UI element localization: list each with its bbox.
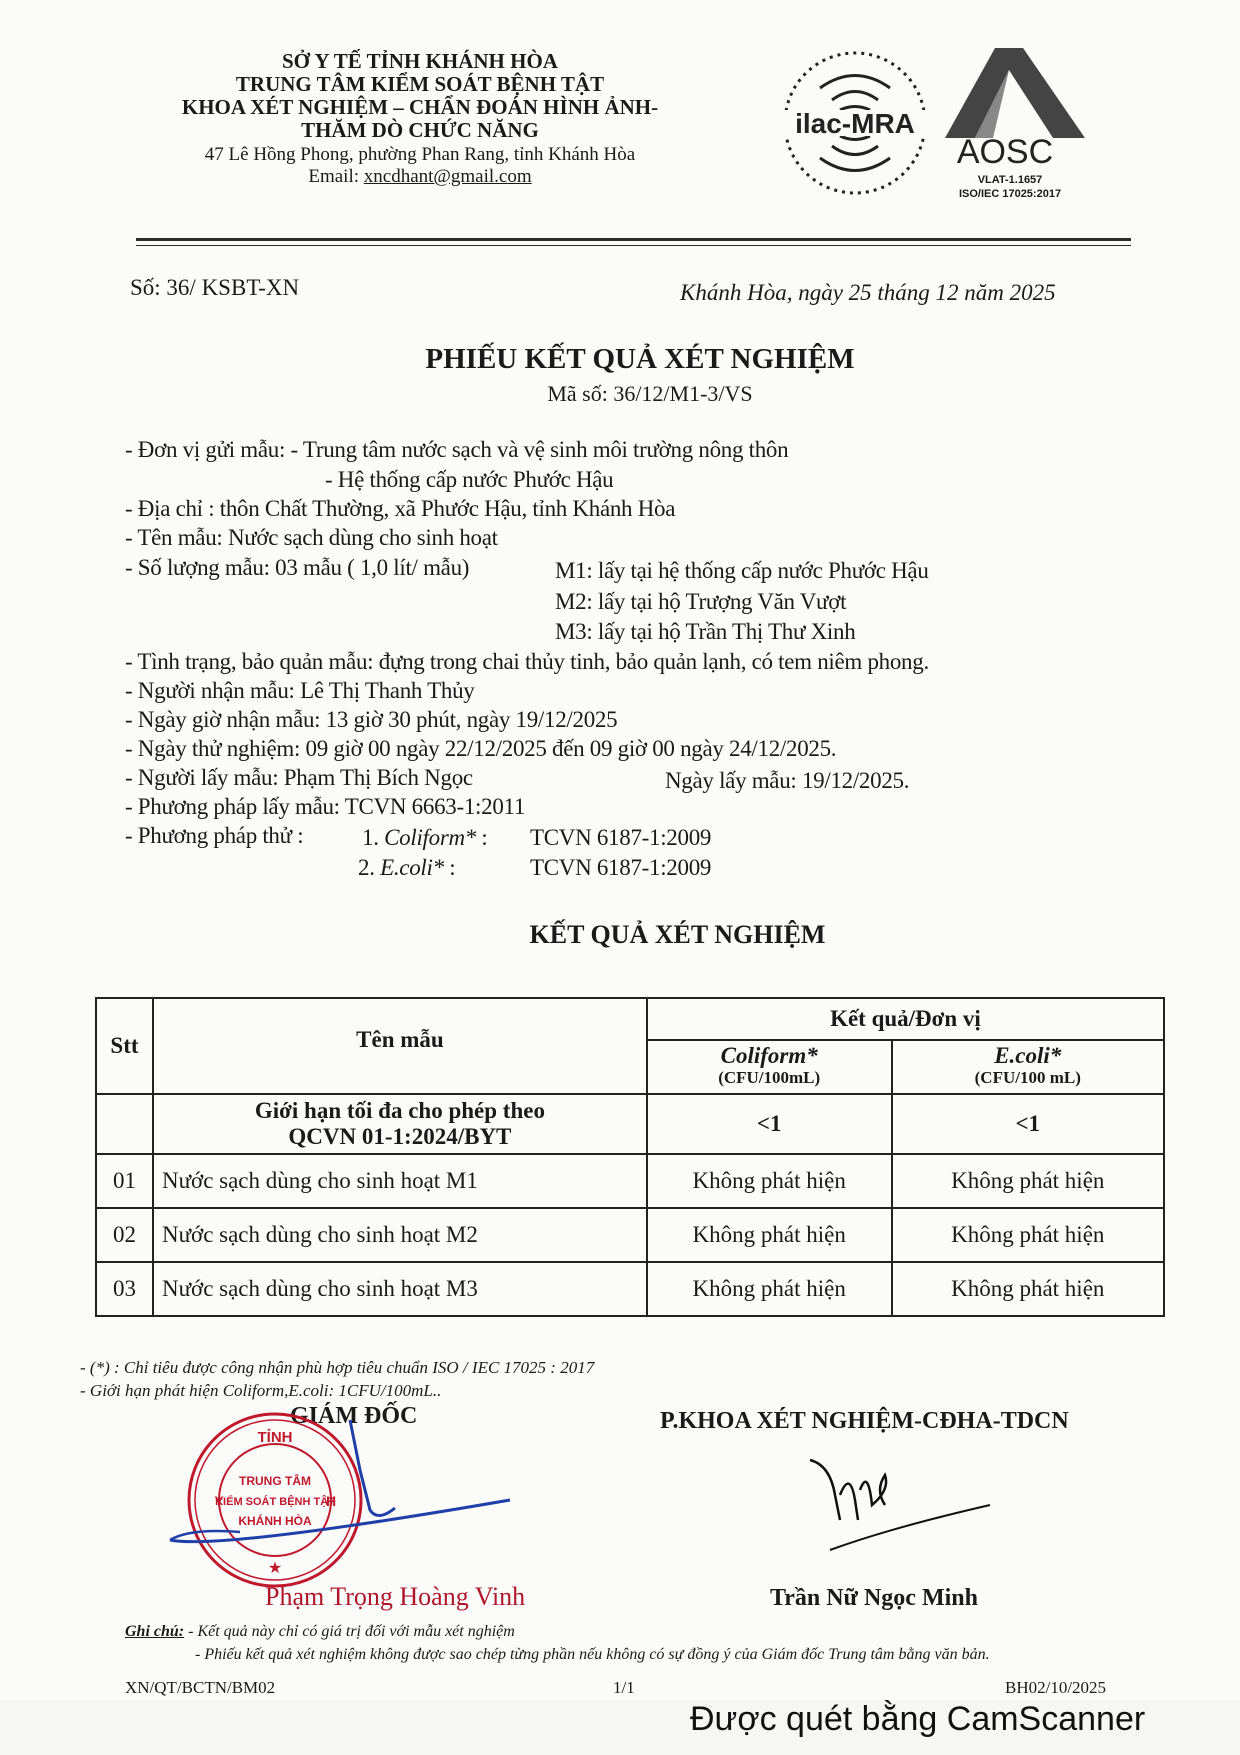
row-stt: 01	[96, 1154, 153, 1208]
col-stt-header: Stt	[96, 998, 153, 1094]
test-date-row: - Ngày thử nghiệm: 09 giờ 00 ngày 22/12/…	[125, 734, 836, 764]
sender-label: - Đơn vị gửi mẫu:	[125, 437, 285, 462]
aosc-code: VLAT-1.1657	[935, 173, 1085, 187]
footnote-accreditation: - (*) : Chỉ tiêu được công nhận phù hợp …	[80, 1358, 594, 1378]
col-ecoli-header: E.coli* (CFU/100 mL)	[892, 1040, 1164, 1094]
results-table: Stt Tên mẫu Kết quả/Đơn vị Coliform* (CF…	[95, 997, 1165, 1317]
sample-name-row: - Tên mẫu: Nước sạch dùng cho sinh hoạt	[125, 523, 498, 553]
document-page: SỞ Y TẾ TỈNH KHÁNH HÒA TRUNG TÂM KIỂM SO…	[0, 0, 1240, 1700]
ecoli-unit: (CFU/100 mL)	[901, 1067, 1155, 1089]
org-address: 47 Lê Hồng Phong, phường Phan Rang, tỉnh…	[150, 144, 690, 166]
row-coliform: Không phát hiện	[647, 1154, 892, 1208]
notes-line-2: - Phiếu kết quả xét nghiệm không được sa…	[195, 1646, 990, 1664]
col-result-header: Kết quả/Đơn vị	[647, 998, 1164, 1040]
org-line-department: KHOA XÉT NGHIỆM – CHẨN ĐOÁN HÌNH ẢNH-	[150, 96, 690, 119]
method-2-index: 2.	[358, 855, 375, 880]
col-coliform-header: Coliform* (CFU/100mL)	[647, 1040, 892, 1094]
report-code: Mã số: 36/12/M1-3/VS	[0, 381, 1240, 407]
limit-coliform: <1	[647, 1094, 892, 1154]
row-coliform: Không phát hiện	[647, 1262, 892, 1316]
sender-line-1: - Trung tâm nước sạch và vệ sinh môi trư…	[291, 437, 789, 462]
row-stt: 03	[96, 1262, 153, 1316]
director-name: Phạm Trọng Hoàng Vinh	[265, 1582, 525, 1612]
condition-row: - Tình trạng, bảo quản mẫu: đựng trong c…	[125, 647, 929, 677]
method-1-name: Coliform*	[384, 825, 476, 850]
sampler-row: - Người lấy mẫu: Phạm Thị Bích Ngọc	[125, 763, 473, 793]
limit-label-cell: Giới hạn tối đa cho phép theo QCVN 01-1:…	[153, 1094, 647, 1154]
coliform-unit: (CFU/100mL)	[656, 1067, 883, 1089]
limit-ecoli: <1	[892, 1094, 1164, 1154]
revision-code: BH02/10/2025	[1005, 1678, 1106, 1698]
ilac-mra-emblem-icon: ilac-MRA	[780, 48, 930, 198]
notes-line-1: Ghi chú: - Kết quả này chỉ có giá trị đố…	[125, 1623, 515, 1641]
svg-text:AOSC: AOSC	[957, 133, 1053, 168]
method-2-sep: :	[444, 855, 456, 880]
form-code: XN/QT/BCTN/BM02	[125, 1678, 275, 1698]
sampling-date: Ngày lấy mẫu: 19/12/2025.	[665, 766, 909, 796]
method-2: 2. E.coli* :	[358, 853, 455, 883]
sampling-method-row: - Phương pháp lấy mẫu: TCVN 6663-1:2011	[125, 792, 525, 822]
lab-head-title: P.KHOA XÉT NGHIỆM-CĐHA-TDCN	[660, 1408, 1069, 1435]
method-2-name: E.coli*	[380, 855, 444, 880]
table-row: 02 Nước sạch dùng cho sinh hoạt M2 Không…	[96, 1208, 1164, 1262]
col-name-header: Tên mẫu	[153, 998, 647, 1094]
row-ecoli: Không phát hiện	[892, 1154, 1164, 1208]
footnote-detection-limit: - Giới hạn phát hiện Coliform,E.coli: 1C…	[80, 1381, 441, 1401]
lab-head-name: Trần Nữ Ngọc Minh	[770, 1585, 978, 1612]
director-signature-icon	[160, 1410, 540, 1570]
test-method-label: - Phương pháp thử :	[125, 821, 303, 851]
page-title: PHIẾU KẾT QUẢ XÉT NGHIỆM	[0, 343, 1240, 376]
table-header-row-1: Stt Tên mẫu Kết quả/Đơn vị	[96, 998, 1164, 1040]
sample-m3: M3: lấy tại hộ Trần Thị Thư Xinh	[555, 617, 855, 647]
aosc-triangle-icon: AOSC	[935, 48, 1085, 168]
method-1: 1. Coliform* :	[362, 823, 488, 853]
org-line-ministry: SỞ Y TẾ TỈNH KHÁNH HÒA	[150, 50, 690, 73]
header-rule-thin	[136, 245, 1131, 246]
org-header: SỞ Y TẾ TỈNH KHÁNH HÒA TRUNG TÂM KIỂM SO…	[150, 50, 690, 188]
quantity-row: - Số lượng mẫu: 03 mẫu ( 1,0 lít/ mẫu)	[125, 553, 469, 583]
org-line-subdepartment: THĂM DÒ CHỨC NĂNG	[150, 119, 690, 142]
received-time-row: - Ngày giờ nhận mẫu: 13 giờ 30 phút, ngà…	[125, 705, 617, 735]
table-row: 01 Nước sạch dùng cho sinh hoạt M1 Không…	[96, 1154, 1164, 1208]
lab-head-signature-icon	[800, 1450, 1000, 1560]
method-2-standard: TCVN 6187-1:2009	[530, 853, 711, 883]
sender-row: - Đơn vị gửi mẫu: - Trung tâm nước sạch …	[125, 435, 788, 465]
org-line-center: TRUNG TÂM KIỂM SOÁT BỆNH TẬT	[150, 73, 690, 96]
method-1-sep: :	[476, 825, 488, 850]
limit-label-line-1: Giới hạn tối đa cho phép theo	[162, 1098, 638, 1124]
row-ecoli: Không phát hiện	[892, 1262, 1164, 1316]
row-sample-name: Nước sạch dùng cho sinh hoạt M2	[153, 1208, 647, 1262]
results-heading: KẾT QUẢ XÉT NGHIỆM	[0, 920, 1240, 950]
method-1-standard: TCVN 6187-1:2009	[530, 823, 711, 853]
notes-text-1: - Kết quả này chỉ có giá trị đối với mẫu…	[184, 1623, 515, 1640]
page-number: 1/1	[613, 1678, 635, 1698]
method-1-index: 1.	[362, 825, 379, 850]
limit-label-line-2: QCVN 01-1:2024/BYT	[162, 1124, 638, 1150]
row-coliform: Không phát hiện	[647, 1208, 892, 1262]
row-stt: 02	[96, 1208, 153, 1262]
svg-text:ilac-MRA: ilac-MRA	[795, 108, 915, 139]
ilac-mra-logo: ilac-MRA	[780, 48, 930, 198]
notes-label: Ghi chú:	[125, 1623, 184, 1640]
address-row: - Địa chỉ : thôn Chất Thường, xã Phước H…	[125, 494, 675, 524]
sample-m2: M2: lấy tại hộ Trượng Văn Vượt	[555, 587, 846, 617]
row-ecoli: Không phát hiện	[892, 1208, 1164, 1262]
table-row: 03 Nước sạch dùng cho sinh hoạt M3 Không…	[96, 1262, 1164, 1316]
doc-number: Số: 36/ KSBT-XN	[130, 275, 299, 301]
sample-m1: M1: lấy tại hệ thống cấp nước Phước Hậu	[555, 556, 929, 586]
aosc-logo: AOSC VLAT-1.1657 ISO/IEC 17025:2017	[935, 48, 1085, 208]
limit-row: Giới hạn tối đa cho phép theo QCVN 01-1:…	[96, 1094, 1164, 1154]
place-date: Khánh Hòa, ngày 25 tháng 12 năm 2025	[680, 280, 1056, 306]
email-link[interactable]: xncdhant@gmail.com	[364, 166, 532, 187]
row-sample-name: Nước sạch dùng cho sinh hoạt M3	[153, 1262, 647, 1316]
email-label: Email:	[308, 166, 363, 187]
camscanner-watermark: Được quét bằng CamScanner	[690, 1700, 1145, 1739]
coliform-label: Coliform*	[656, 1045, 883, 1067]
sender-line-2: - Hệ thống cấp nước Phước Hậu	[325, 465, 613, 495]
limit-stt-cell	[96, 1094, 153, 1154]
aosc-standard: ISO/IEC 17025:2017	[935, 187, 1085, 201]
row-sample-name: Nước sạch dùng cho sinh hoạt M1	[153, 1154, 647, 1208]
org-email-row: Email: xncdhant@gmail.com	[150, 166, 690, 188]
header-rule-thick	[136, 238, 1131, 241]
ecoli-label: E.coli*	[901, 1045, 1155, 1067]
receiver-row: - Người nhận mẫu: Lê Thị Thanh Thủy	[125, 676, 475, 706]
